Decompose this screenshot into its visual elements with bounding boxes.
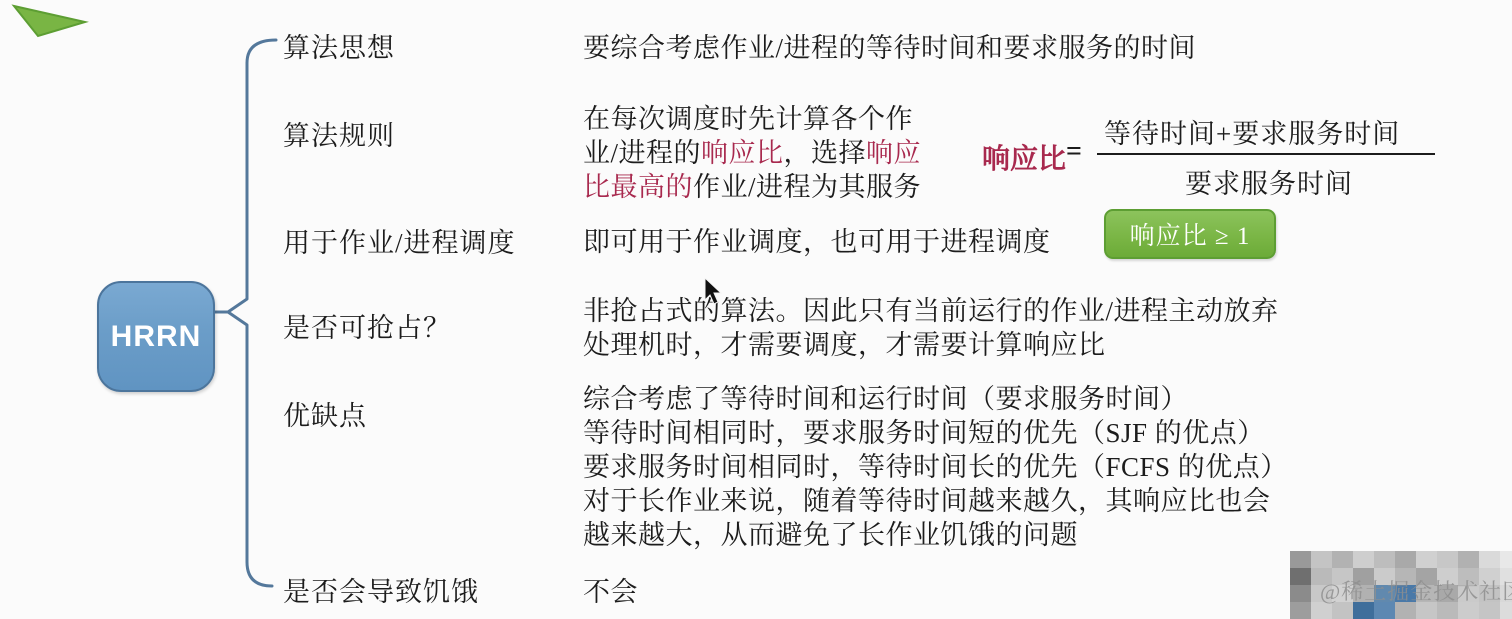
text-segment: 要综合考虑作业/进程的等待时间和要求服务的时间 xyxy=(583,33,1196,63)
row-content-pros-cons-line-5: 越来越大，从而避免了长作业饥饿的问题 xyxy=(583,513,1078,552)
text-segment: 要求服务时间相同时，等待时间长的优先（FCFS 的优点） xyxy=(583,452,1288,482)
slide-canvas: HRRN 算法思想 要综合考虑作业/进程的等待时间和要求服务的时间 算法规则 在… xyxy=(0,0,1512,619)
formula-lhs: 响应比 xyxy=(982,137,1066,177)
callout-tail-shape xyxy=(14,6,85,36)
hrrn-root-label: HRRN xyxy=(111,320,202,354)
highlighted-text: 比最高的 xyxy=(583,172,693,202)
text-segment: 在每次调度时先计算各个作 xyxy=(583,104,913,134)
formula-fraction-bar xyxy=(1097,153,1435,155)
row-content-preemptive-line-2: 处理机时，才需要调度，才需要计算响应比 xyxy=(583,323,1106,362)
response-ratio-callout: 响应比 ≥ 1 xyxy=(1104,209,1276,259)
callout-tail xyxy=(0,0,100,45)
text-segment: 非抢占式的算法。因此只有当前运行的作业/进程主动放弃 xyxy=(583,296,1279,326)
row-content-starvation: 不会 xyxy=(583,570,638,609)
brace-path xyxy=(228,40,276,586)
text-segment: 对于长作业来说，随着等待时间越来越久，其响应比也会 xyxy=(583,486,1271,516)
text-segment: 业/进程的 xyxy=(583,138,701,168)
text-segment: 综合考虑了等待时间和运行时间（要求服务时间） xyxy=(583,384,1188,414)
text-segment: ，选择 xyxy=(784,138,867,168)
row-label-starvation: 是否会导致饥饿 xyxy=(283,570,479,609)
text-segment: 不会 xyxy=(583,577,638,607)
highlighted-text: 响应 xyxy=(866,138,921,168)
text-segment: 等待时间相同时，要求服务时间短的优先（SJF 的优点） xyxy=(583,418,1265,448)
row-label-scheduling-scope: 用于作业/进程调度 xyxy=(283,221,516,260)
row-label-algorithm-idea: 算法思想 xyxy=(283,26,395,65)
hrrn-root-node: HRRN xyxy=(97,281,215,392)
row-label-preemptive: 是否可抢占？ xyxy=(283,306,451,345)
text-segment: 处理机时，才需要调度，才需要计算响应比 xyxy=(583,330,1106,360)
formula-numerator: 等待时间+要求服务时间 xyxy=(1104,112,1400,151)
formula-equals-sign: = xyxy=(1066,136,1082,168)
row-content-algorithm-rule-line-3: 比最高的作业/进程为其服务 xyxy=(583,165,921,204)
watermark-text: @稀土掘金技术社区 xyxy=(1320,575,1512,606)
row-content-scheduling-scope: 即可用于作业调度，也可用于进程调度 xyxy=(583,220,1051,259)
text-segment: 即可用于作业调度，也可用于进程调度 xyxy=(583,227,1051,257)
row-label-algorithm-rule: 算法规则 xyxy=(283,114,395,153)
text-segment: 越来越大，从而避免了长作业饥饿的问题 xyxy=(583,520,1078,550)
row-label-pros-cons: 优缺点 xyxy=(283,394,367,433)
response-ratio-callout-text: 响应比 ≥ 1 xyxy=(1130,216,1251,252)
formula-denominator: 要求服务时间 xyxy=(1185,162,1353,201)
row-content-algorithm-idea: 要综合考虑作业/进程的等待时间和要求服务的时间 xyxy=(583,26,1196,65)
text-segment: 作业/进程为其服务 xyxy=(693,172,921,202)
mosaic-cell xyxy=(1290,602,1311,619)
highlighted-text: 响应比 xyxy=(701,138,784,168)
